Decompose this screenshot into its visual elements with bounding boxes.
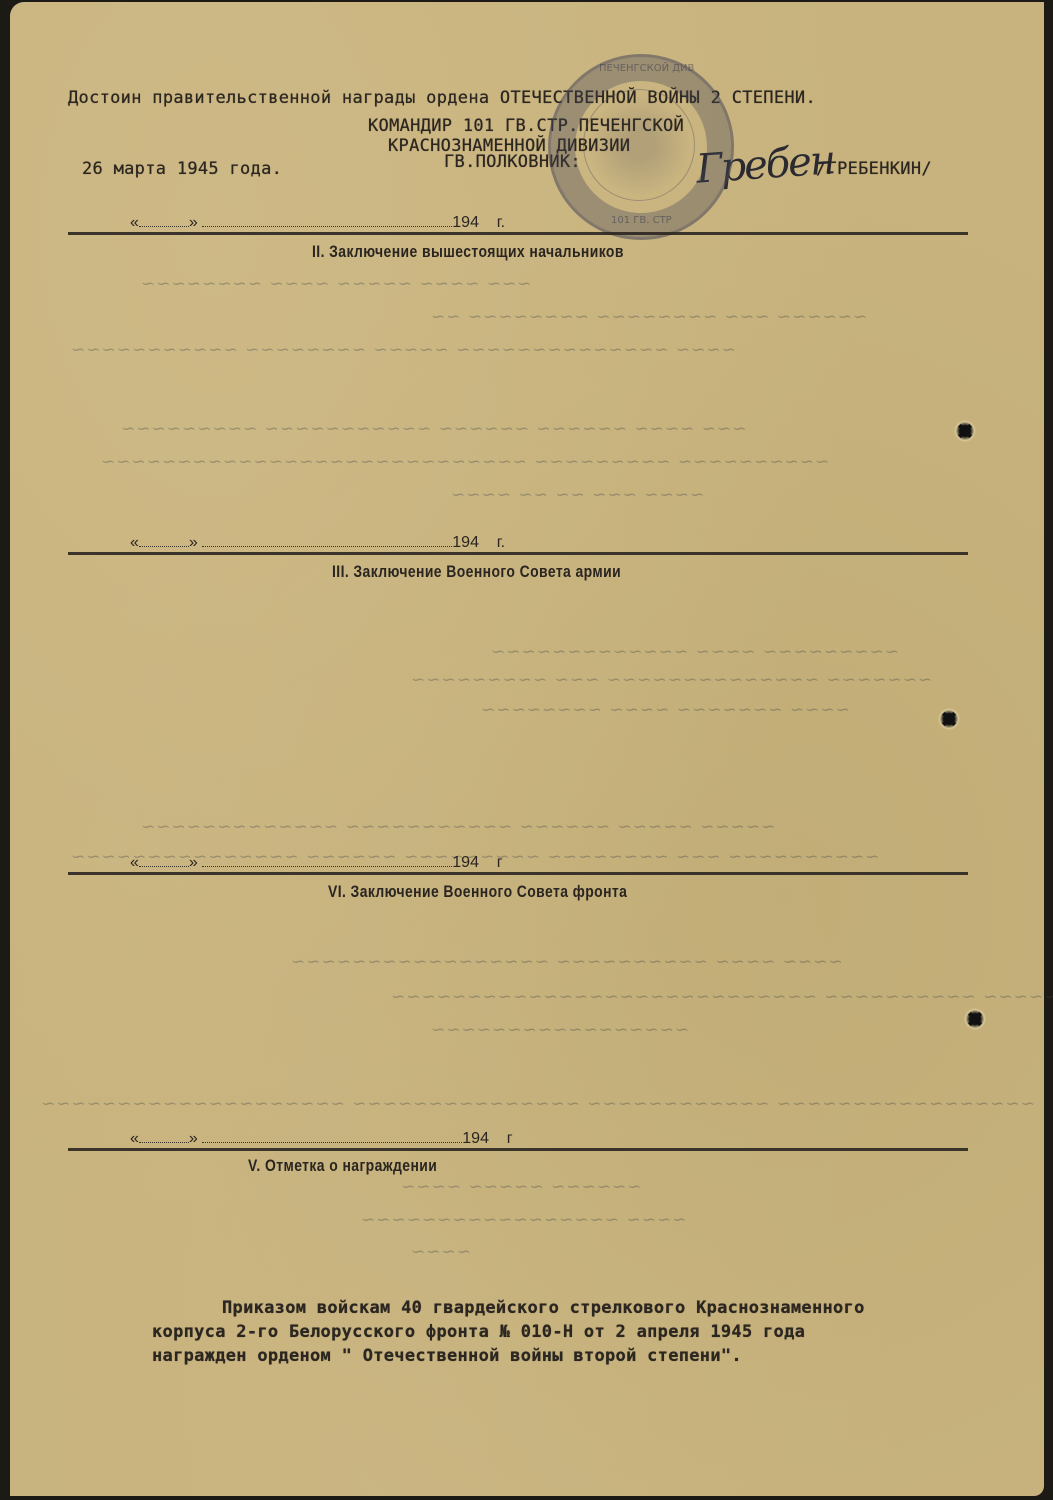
date-close-quote: » (189, 854, 198, 871)
bleed-through-text: ~~~~ (410, 1242, 471, 1262)
section-divider (68, 552, 968, 555)
month-blank (202, 856, 452, 867)
bleed-through-text: ~~~~ ~~~~ ~~~~~~~~~~ ~~~~~~~~~~~~~~~~~ (290, 952, 843, 972)
year-suffix: г (507, 1130, 513, 1147)
bleed-through-text: ~~~~~~~ ~~~~~~~~~~~~~~ ~~~ ~~~~~~~~~ (410, 670, 932, 690)
year-label: 194 (452, 534, 479, 551)
bleed-through-text: ~~~~~~ ~~~ ~~~~~~~~ ~~~~~~~~ ~~ (430, 307, 867, 327)
bleed-through-text: ~~~~~~~~~~~~~~~~~ ~~~~~~~~~~~~ ~~~~~~~~~… (40, 1094, 1035, 1114)
bleed-through-text: ~~~~~~~~~~~~~~~~~ (430, 1020, 689, 1040)
section-vi-date-line: «» 194 г (130, 854, 503, 872)
date-open-quote: « (130, 534, 139, 551)
year-label: 194 (452, 854, 479, 871)
bleed-through-text: ~~~~ ~~~~~~~~~~~~~~ ~~~~~ ~~~~~~~~ ~~~~~… (70, 340, 736, 360)
round-seal-stamp: ПЕЧЕНГСКОЙ ДИВ 101 ГВ. СТР (548, 54, 734, 240)
bleed-through-text: ~~~~~~~~~~ ~~~~~~~~~ ~~~~~~~~~~~~~~~~~~~… (100, 452, 829, 472)
award-order-line-3: награжден орденом " Отечественной войны … (152, 1346, 742, 1366)
stamp-emblem-icon (583, 89, 695, 201)
date-open-quote: « (130, 854, 139, 871)
date-close-quote: » (189, 1130, 198, 1147)
year-label: 194 (462, 1130, 489, 1147)
bleed-through-text: ~~~~~~~~~~ ~~~~~~~~~~ ~~~~~~~~~~~~~~~~~~… (390, 987, 1053, 1007)
date-close-quote: » (189, 214, 198, 231)
stamp-text-bottom: 101 ГВ. СТР (611, 215, 672, 226)
section-3-date-line: «» 194 г. (130, 534, 505, 552)
day-blank (139, 216, 189, 227)
section-divider (68, 1148, 968, 1151)
section-2-date-line: «» 194 г. (130, 214, 505, 232)
award-order-line-2: корпуса 2-го Белорусского фронта № 010-Н… (152, 1322, 805, 1342)
section-2-title: II. Заключение вышестоящих начальников (312, 242, 624, 262)
punch-hole-icon (964, 1008, 986, 1030)
section-v-title: V. Отметка о награждении (248, 1156, 437, 1176)
section-divider (68, 872, 968, 875)
bleed-through-text: ~~~ ~~~~ ~~~~~~ ~~~~~~ ~~~~~~~~~~~ ~~~~~… (120, 419, 747, 439)
commander-name: /ГРЕБЕНКИН/ (816, 159, 932, 179)
day-blank (139, 536, 189, 547)
date-open-quote: « (130, 1130, 139, 1147)
bleed-through-text: ~~~~~~ ~~~~~ ~~~~ (400, 1177, 641, 1197)
month-blank (202, 536, 452, 547)
award-order-line-1: Приказом войскам 40 гвардейского стрелко… (222, 1298, 865, 1318)
date-close-quote: » (189, 534, 198, 551)
punch-hole-icon (954, 420, 976, 442)
document-date: 26 марта 1945 года. (82, 159, 282, 179)
document-page: Достоин правительственной награды ордена… (10, 2, 1044, 1496)
year-suffix: г. (497, 214, 505, 231)
section-v-date-line: «» 194 г (130, 1130, 513, 1148)
section-vi-title: VI. Заключение Военного Совета фронта (328, 882, 627, 902)
date-open-quote: « (130, 214, 139, 231)
year-suffix: г. (497, 534, 505, 551)
bleed-through-text: ~~~~ ~~~~~~~~~~~~~~~~~ (360, 1210, 687, 1230)
punch-hole-icon (938, 708, 960, 730)
section-divider (68, 232, 968, 235)
bleed-through-text: ~~~ ~~~~ ~~~~~ ~~~~ ~~~~~~~~ (140, 274, 531, 294)
month-blank (202, 1132, 462, 1143)
month-blank (202, 216, 452, 227)
bleed-through-text: ~~~~ ~~~ ~~ ~~ ~~~~ (450, 485, 704, 505)
day-blank (139, 1132, 189, 1143)
bleed-through-text: ~~~~~ ~~~~~ ~~~~~~ ~~~~~~~~~~~ ~~~~~~~~~… (140, 817, 775, 837)
year-label: 194 (452, 214, 479, 231)
bleed-through-text: ~~~~ ~~~~~~~ ~~~~ ~~~~~~~~ (480, 700, 850, 720)
section-3-title: III. Заключение Военного Совета армии (332, 562, 621, 582)
stamp-text-top: ПЕЧЕНГСКОЙ ДИВ (599, 63, 694, 74)
day-blank (139, 856, 189, 867)
bleed-through-text: ~~~~~~~~~ ~~~~ ~~~~~~~~~~~~~ (490, 642, 899, 662)
year-suffix: г (497, 854, 503, 871)
